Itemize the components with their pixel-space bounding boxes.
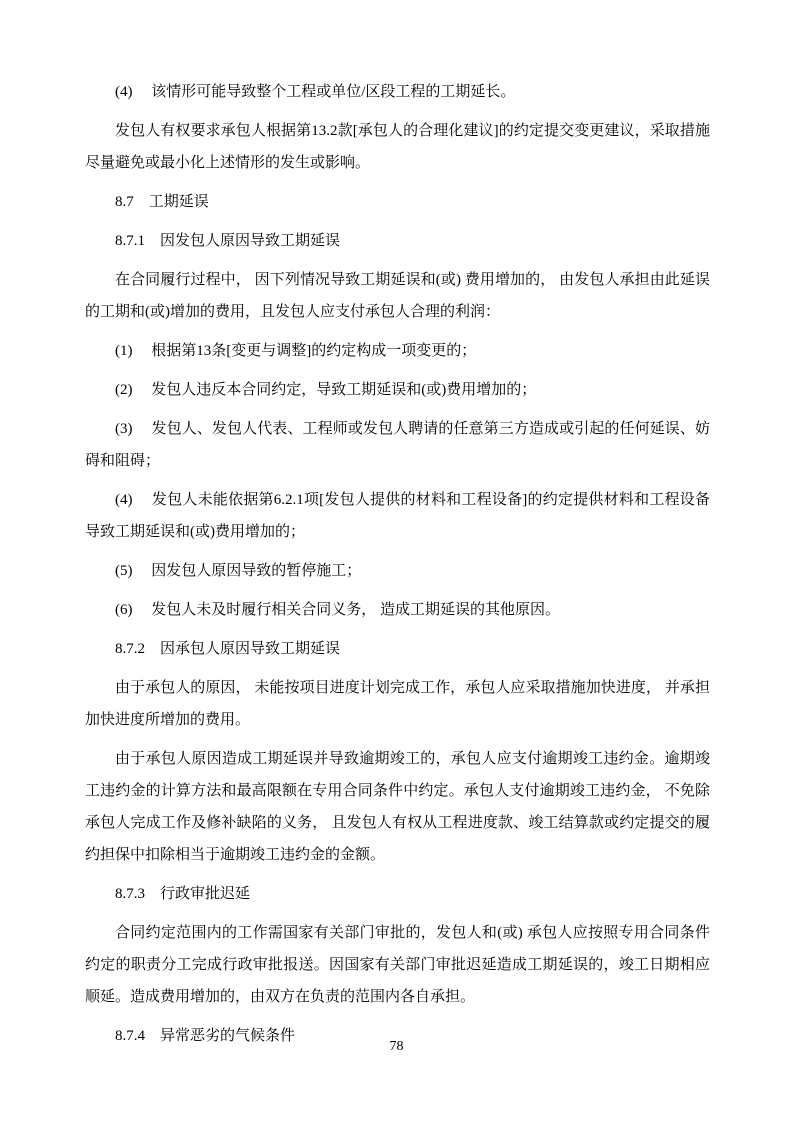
paragraph-variation-suggestion: 发包人有权要求承包人根据第13.2款[承包人的合理化建议]的约定提交变更建议，采… [85,115,710,179]
document-body: (4) 该情形可能导致整个工程或单位/区段工程的工期延长。 发包人有权要求承包人… [0,0,793,1052]
paragraph-employer-delay-intro: 在合同履行过程中， 因下列情况导致工期延误和(或) 费用增加的， 由发包人承担由… [85,264,710,328]
clause-item-6: (6) 发包人未及时履行相关合同义务， 造成工期延误的其他原因。 [85,594,710,626]
paragraph-contractor-delay: 由于承包人的原因， 未能按项目进度计划完成工作，承包人应采取措施加快进度， 并承… [85,672,710,736]
heading-8-7: 8.7 工期延误 [85,186,710,218]
clause-item-4: (4) 发包人未能依据第6.2.1项[发包人提供的材料和工程设备]的约定提供材料… [85,484,710,548]
paragraph-administrative-approval: 合同约定范围内的工作需国家有关部门审批的，发包人和(或) 承包人应按照专用合同条… [85,917,710,1013]
clause-item-3: (3) 发包人、发包人代表、工程师或发包人聘请的任意第三方造成或引起的任何延误、… [85,413,710,477]
document-page: (4) 该情形可能导致整个工程或单位/区段工程的工期延长。 发包人有权要求承包人… [0,0,793,1122]
clause-item-4-weather: (4) 该情形可能导致整个工程或单位/区段工程的工期延长。 [85,76,710,108]
heading-8-7-3: 8.7.3 行政审批迟延 [85,878,710,910]
heading-8-7-2: 8.7.2 因承包人原因导致工期延误 [85,633,710,665]
page-number: 78 [0,1038,793,1056]
clause-item-5: (5) 因发包人原因导致的暂停施工； [85,555,710,587]
clause-item-1: (1) 根据第13条[变更与调整]的约定构成一项变更的； [85,335,710,367]
heading-8-7-1: 8.7.1 因发包人原因导致工期延误 [85,225,710,257]
clause-item-2: (2) 发包人违反本合同约定，导致工期延误和(或)费用增加的； [85,374,710,406]
paragraph-liquidated-damages: 由于承包人原因造成工期延误并导致逾期竣工的，承包人应支付逾期竣工违约金。逾期竣工… [85,743,710,871]
